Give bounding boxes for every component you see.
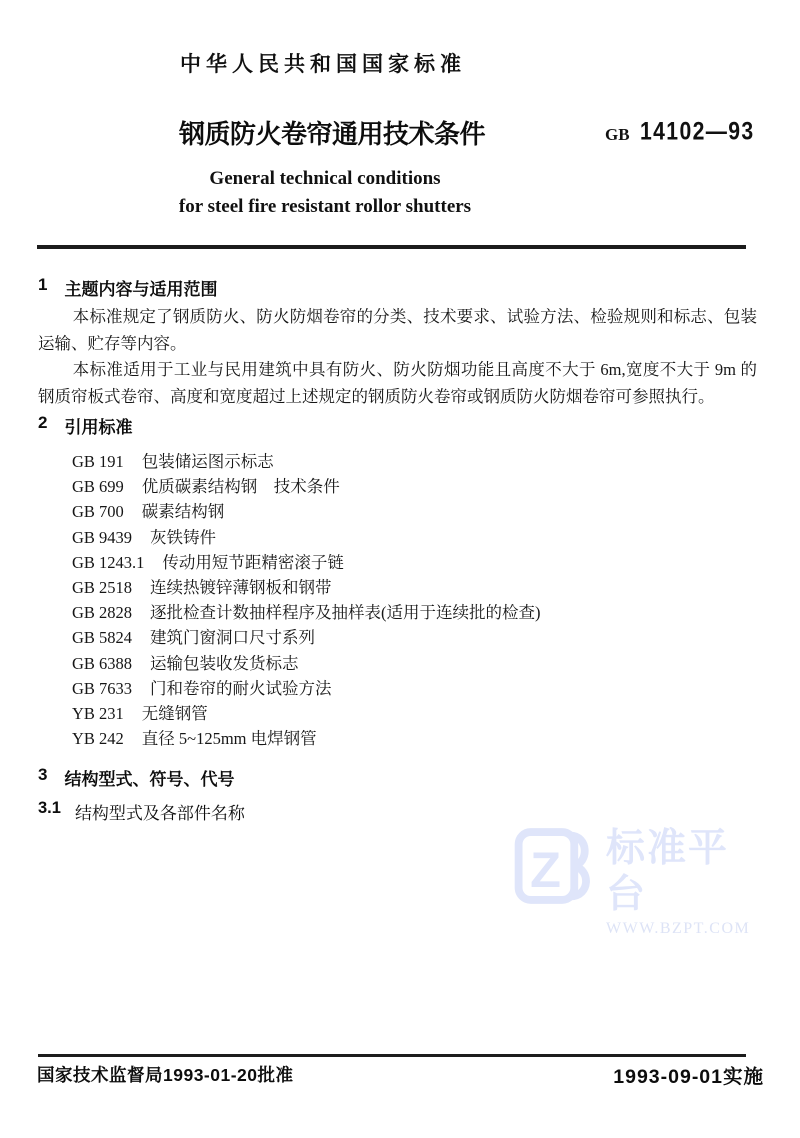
reference-code: YB 242	[72, 729, 124, 749]
reference-code: GB 2518	[72, 578, 132, 598]
section-1-number: 1	[38, 275, 47, 300]
bzpt-logo-icon: Z	[512, 826, 600, 906]
reference-title: 传动用短节距精密滚子链	[162, 553, 344, 572]
reference-item: GB 1243.1传动用短节距精密滚子链	[72, 549, 772, 574]
reference-title: 直径 5~125mm 电焊钢管	[142, 729, 317, 748]
footer-divider-rule	[38, 1054, 746, 1057]
english-title-line2: for steel fire resistant rollor shutters	[150, 193, 500, 221]
reference-code: GB 9439	[72, 528, 132, 548]
reference-item: GB 9439灰铁铸件	[72, 524, 772, 549]
english-title: General technical conditions for steel f…	[150, 165, 500, 221]
reference-item: YB 242直径 5~125mm 电焊钢管	[72, 725, 772, 750]
section-3-1-title: 结构型式及各部件名称	[75, 799, 245, 824]
reference-title: 灰铁铸件	[150, 528, 216, 547]
reference-code: GB 1243.1	[72, 553, 144, 573]
reference-item: GB 5824建筑门窗洞口尺寸系列	[72, 624, 772, 649]
standard-code: GB 14102—93	[605, 119, 764, 146]
section-3-number: 3	[38, 765, 47, 790]
svg-text:Z: Z	[530, 841, 561, 898]
reference-title: 优质碳素结构钢 技术条件	[142, 477, 340, 496]
standard-type-heading: 中华人民共和国国家标准	[180, 48, 466, 78]
references-list: GB 191包装储运图示标志 GB 699优质碳素结构钢 技术条件 GB 700…	[72, 448, 772, 750]
reference-code: GB 699	[72, 477, 124, 497]
reference-code: GB 6388	[72, 654, 132, 674]
reference-item: GB 6388运输包装收发货标志	[72, 650, 772, 675]
watermark-url: WWW.BZPT.COM	[606, 920, 750, 938]
watermark-title: 标准平台	[606, 826, 750, 918]
section-2-title: 引用标准	[64, 413, 132, 438]
section-3-1-number: 3.1	[38, 799, 61, 824]
reference-title: 连续热镀锌薄钢板和钢带	[150, 578, 332, 597]
header-divider-rule	[37, 245, 746, 249]
section-1-heading: 1 主题内容与适用范围	[38, 275, 217, 300]
reference-title: 逐批检查计数抽样程序及抽样表(适用于连续批的检查)	[150, 603, 541, 622]
section-1-body: 本标准规定了钢质防火、防火防烟卷帘的分类、技术要求、试验方法、检验规则和标志、包…	[38, 304, 757, 410]
reference-title: 包装储运图示标志	[142, 452, 274, 471]
reference-code: GB 7633	[72, 679, 132, 699]
watermark: Z 标准平台 WWW.BZPT.COM	[512, 826, 732, 910]
document-title: 钢质防火卷帘通用技术条件	[179, 114, 485, 151]
reference-code: GB 2828	[72, 603, 132, 623]
section-1-title: 主题内容与适用范围	[64, 275, 217, 300]
reference-item: GB 700碳素结构钢	[72, 498, 772, 523]
english-title-line1: General technical conditions	[150, 165, 500, 193]
footer-effective-date: 1993-09-01实施	[613, 1061, 764, 1089]
reference-item: GB 2518连续热镀锌薄钢板和钢带	[72, 574, 772, 599]
document-page: { "header": { "standard_type": "中华人民共和国国…	[0, 0, 800, 1138]
reference-code: GB 191	[72, 452, 124, 472]
reference-item: GB 699优质碳素结构钢 技术条件	[72, 473, 772, 498]
reference-title: 碳素结构钢	[142, 502, 225, 521]
watermark-text: 标准平台 WWW.BZPT.COM	[606, 826, 750, 938]
reference-code: GB 700	[72, 502, 124, 522]
reference-title: 门和卷帘的耐火试验方法	[150, 679, 332, 698]
reference-item: GB 2828逐批检查计数抽样程序及抽样表(适用于连续批的检查)	[72, 599, 772, 624]
reference-item: GB 7633门和卷帘的耐火试验方法	[72, 675, 772, 700]
standard-code-prefix: GB	[605, 125, 630, 145]
section-2-number: 2	[38, 413, 47, 438]
section-2-heading: 2 引用标准	[38, 413, 132, 438]
reference-title: 无缝钢管	[142, 704, 208, 723]
section-3-heading: 3 结构型式、符号、代号	[38, 765, 234, 790]
paragraph: 本标准规定了钢质防火、防火防烟卷帘的分类、技术要求、试验方法、检验规则和标志、包…	[38, 304, 757, 357]
footer-approval: 国家技术监督局1993-01-20批准	[37, 1062, 294, 1087]
reference-code: GB 5824	[72, 628, 132, 648]
reference-item: GB 191包装储运图示标志	[72, 448, 772, 473]
reference-title: 运输包装收发货标志	[150, 654, 299, 673]
section-3-1-heading: 3.1 结构型式及各部件名称	[38, 799, 245, 824]
paragraph: 本标准适用于工业与民用建筑中具有防火、防火防烟功能且高度不大于 6m,宽度不大于…	[38, 357, 757, 410]
section-3-title: 结构型式、符号、代号	[64, 765, 234, 790]
standard-code-number: 14102—93	[640, 117, 755, 146]
reference-title: 建筑门窗洞口尺寸系列	[150, 628, 315, 647]
reference-code: YB 231	[72, 704, 124, 724]
reference-item: YB 231无缝钢管	[72, 700, 772, 725]
